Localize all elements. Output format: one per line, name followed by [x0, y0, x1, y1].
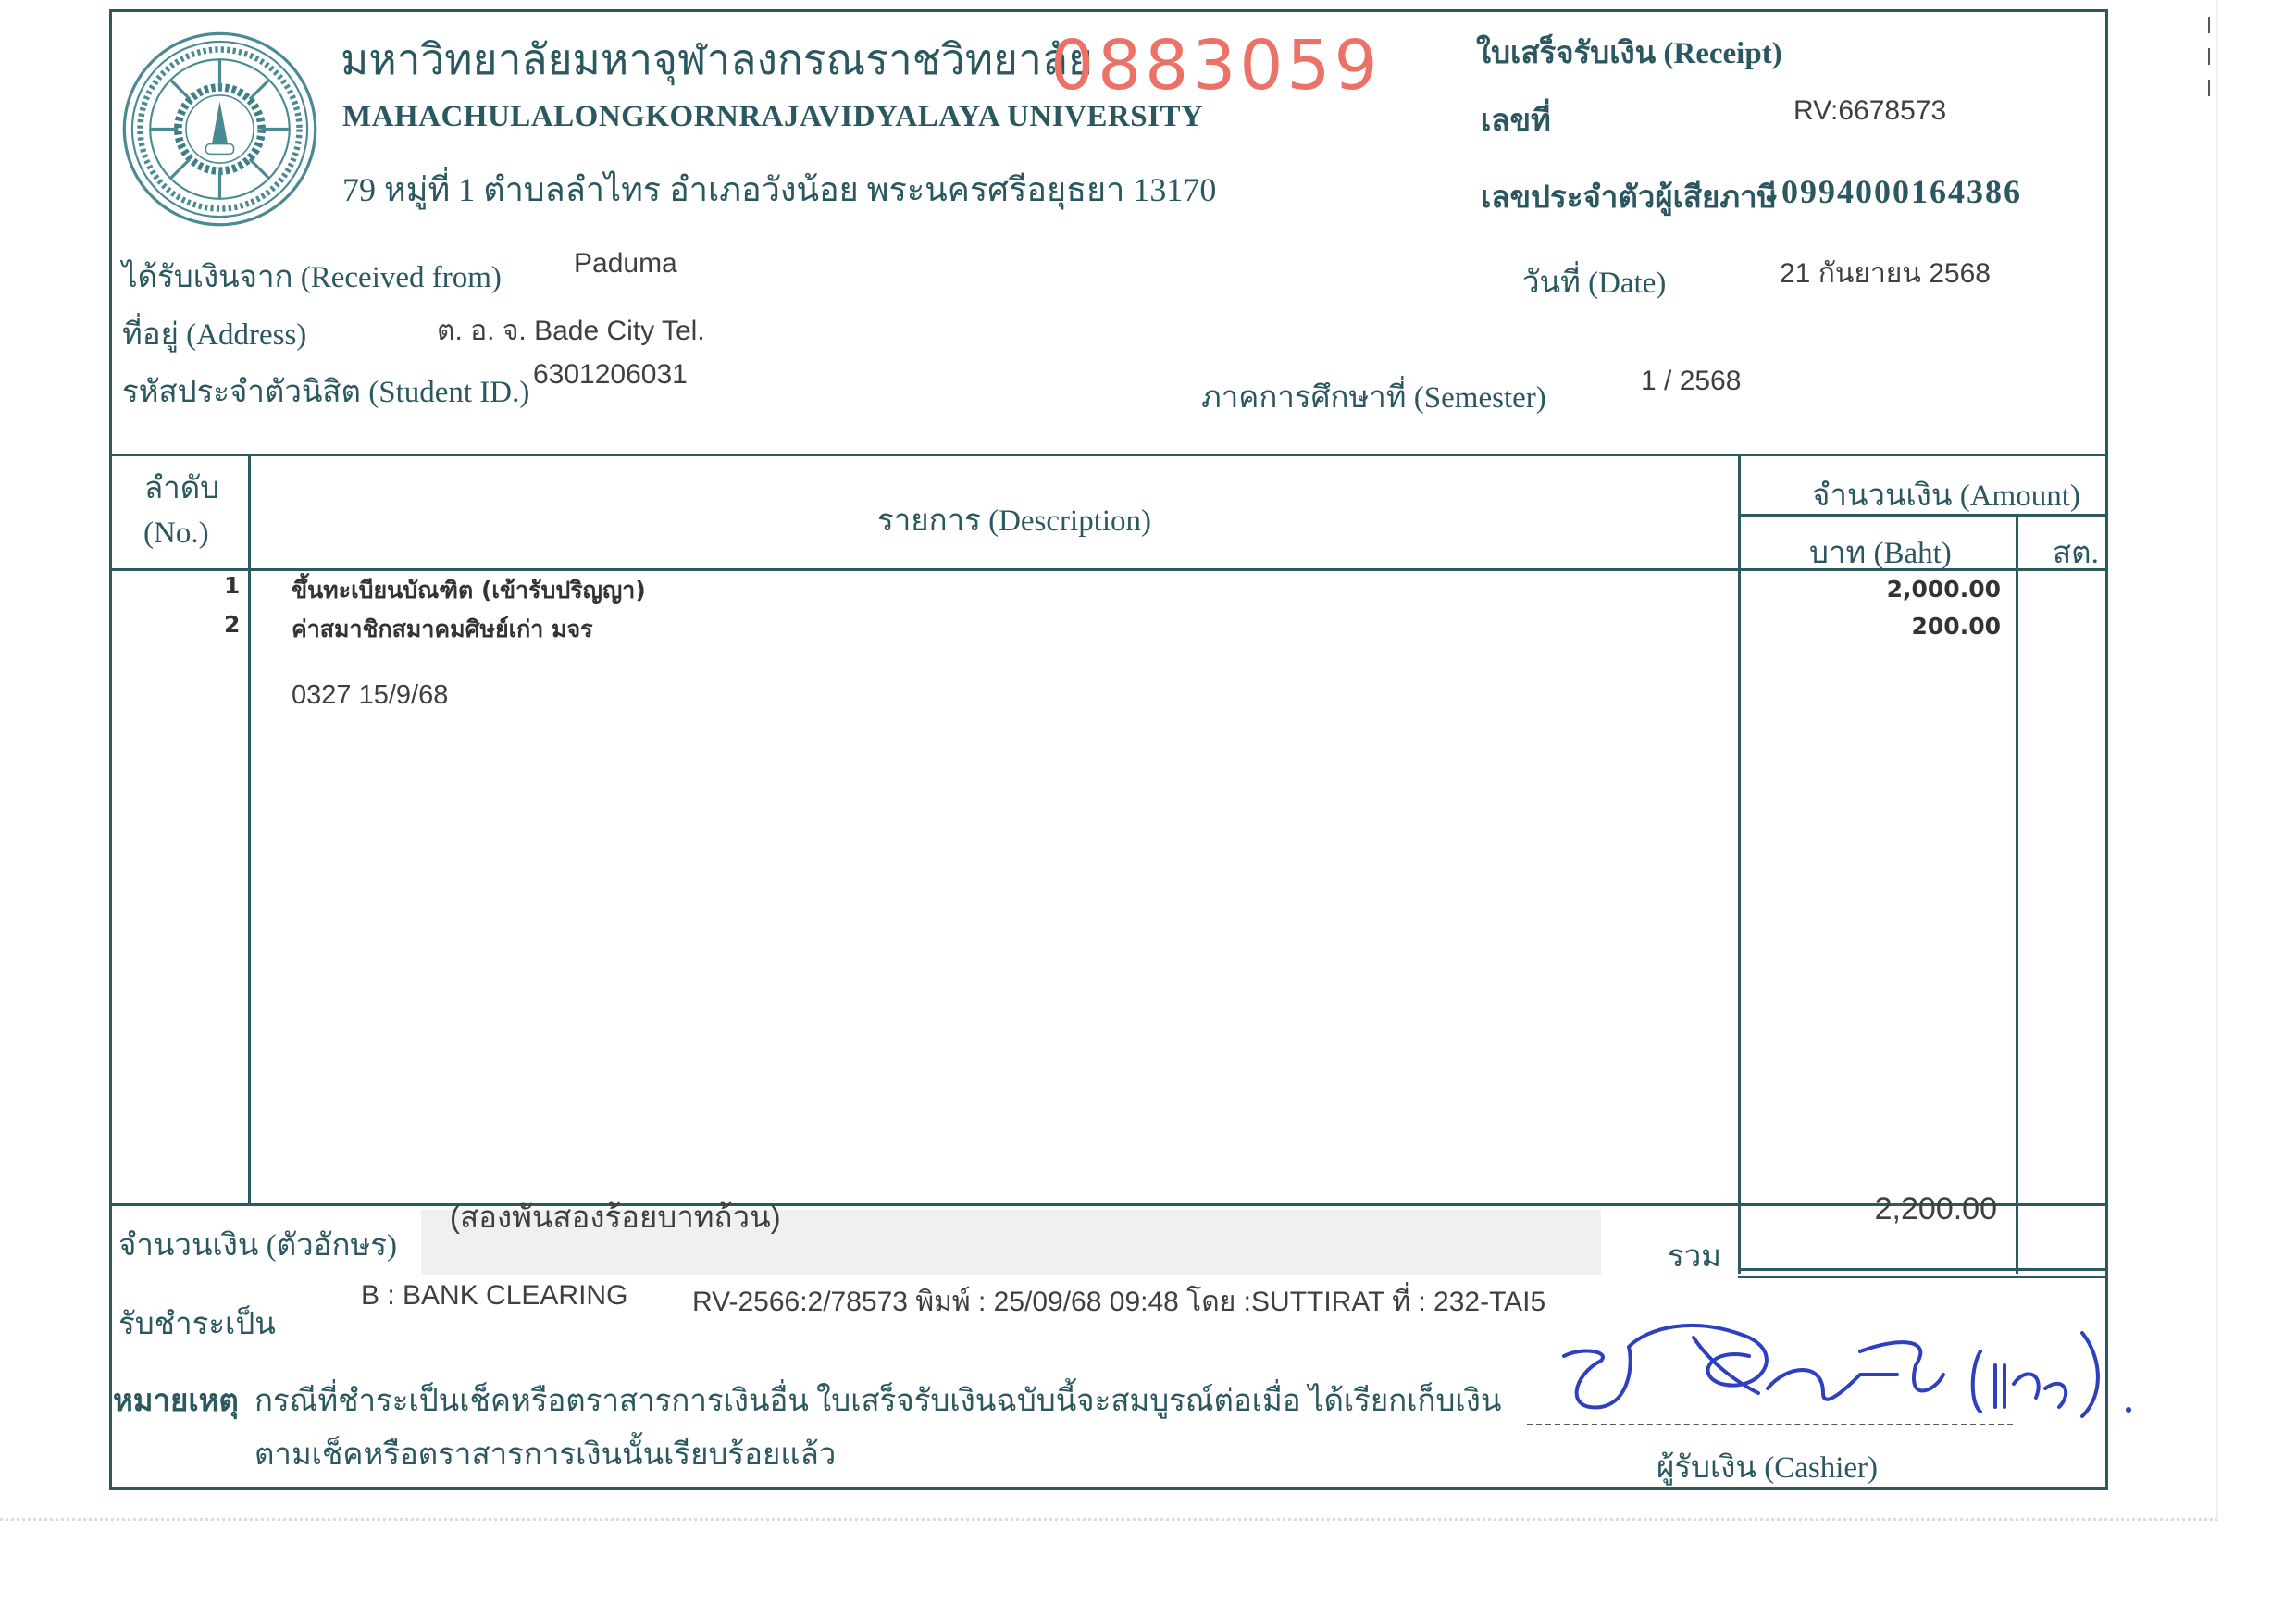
row-2-description: ค่าสมาชิกสมาคมศิษย์เก่า มจร — [292, 611, 593, 648]
total-double-line-1 — [1738, 1268, 2108, 1271]
table-header-bottom-line — [109, 568, 2108, 571]
received-from-value: Paduma — [574, 248, 677, 280]
semester-label: ภาคการศึกษาที่ (Semester) — [1201, 372, 1546, 421]
address-label: ที่อยู่ (Address) — [122, 309, 306, 358]
student-id-label: รหัสประจำตัวนิสิต (Student ID.) — [122, 367, 529, 416]
university-seal-icon — [120, 30, 319, 229]
university-address: 79 หมู่ที่ 1 ตำบลลำไทร อำเภอวังน้อย พระน… — [342, 163, 1216, 216]
col-no-en: (No.) — [143, 517, 209, 551]
amount-column-divider — [1738, 454, 1741, 1274]
col-amount: จำนวนเงิน (Amount) — [1812, 470, 2080, 519]
row-2-no: 2 — [224, 611, 240, 638]
amount-words-label: จำนวนเงิน (ตัวอักษร) — [118, 1220, 397, 1269]
row-1-description: ขึ้นทะเบียนบัณฑิต (เข้ารับปริญญา) — [292, 572, 646, 609]
date-value: 21 กันยายน 2568 — [1780, 252, 1991, 295]
university-name-th: มหาวิทยาลัยมหาจุฬาลงกรณราชวิทยาลัย — [341, 26, 1093, 93]
received-from-label: ได้รับเงินจาก (Received from) — [122, 252, 502, 301]
signature-line — [1527, 1424, 2013, 1425]
remarks-line-1: กรณีที่ชำระเป็นเช็คหรือตราสารการเงินอื่น… — [254, 1375, 1501, 1425]
address-value: ต. อ. จ. Bade City Tel. — [437, 309, 705, 353]
col-no-th: ลำดับ — [144, 463, 219, 512]
payment-label: รับชำระเป็น — [118, 1299, 276, 1348]
row-1-amount: 2,000.00 — [1879, 576, 2001, 603]
total-label: รวม — [1668, 1231, 1721, 1280]
col-satang: สต. — [2053, 528, 2099, 577]
remarks-line-2: ตามเช็คหรือตราสารการเงินนั้นเรียบร้อยแล้… — [254, 1429, 836, 1478]
total-row-line — [109, 1203, 2108, 1206]
taxid-value: 0994000164386 — [1781, 172, 2022, 211]
no-column-divider — [248, 454, 251, 1203]
item-note: 0327 15/9/68 — [292, 680, 448, 711]
taxid-label: เลขประจำตัวผู้เสียภาษี — [1481, 172, 1777, 221]
receipt-number-value: RV:6678573 — [1793, 95, 1946, 127]
table-top-line — [109, 454, 2108, 456]
student-id-value: 6301206031 — [533, 359, 688, 391]
serial-number: 0883059 — [1050, 26, 1382, 106]
receipt-title: ใบเสร็จรับเงิน (Receipt) — [1476, 28, 1782, 77]
satang-column-divider — [2016, 514, 2018, 1274]
total-amount: 2,200.00 — [1842, 1191, 1997, 1227]
semester-value: 1 / 2568 — [1641, 366, 1741, 397]
total-double-line-2 — [1738, 1276, 2108, 1278]
print-info: RV-2566:2/78573 พิมพ์ : 25/09/68 09:48 โ… — [692, 1280, 1545, 1324]
payment-method: B : BANK CLEARING — [361, 1280, 627, 1312]
row-1-no: 1 — [224, 572, 240, 599]
cashier-label: ผู้รับเงิน (Cashier) — [1657, 1442, 1878, 1491]
remarks-label: หมายเหตุ — [113, 1375, 239, 1425]
date-label: วันที่ (Date) — [1522, 257, 1666, 306]
col-baht: บาท (Baht) — [1809, 528, 1952, 577]
receipt-number-label: เลขที่ — [1481, 95, 1551, 144]
amount-in-words: (สองพันสองร้อยบาทถ้วน) — [450, 1192, 781, 1241]
col-description: รายการ (Description) — [877, 495, 1151, 544]
cashier-signature — [1545, 1310, 2193, 1430]
row-2-amount: 200.00 — [1879, 613, 2001, 640]
scan-edge-marks — [2208, 17, 2211, 100]
